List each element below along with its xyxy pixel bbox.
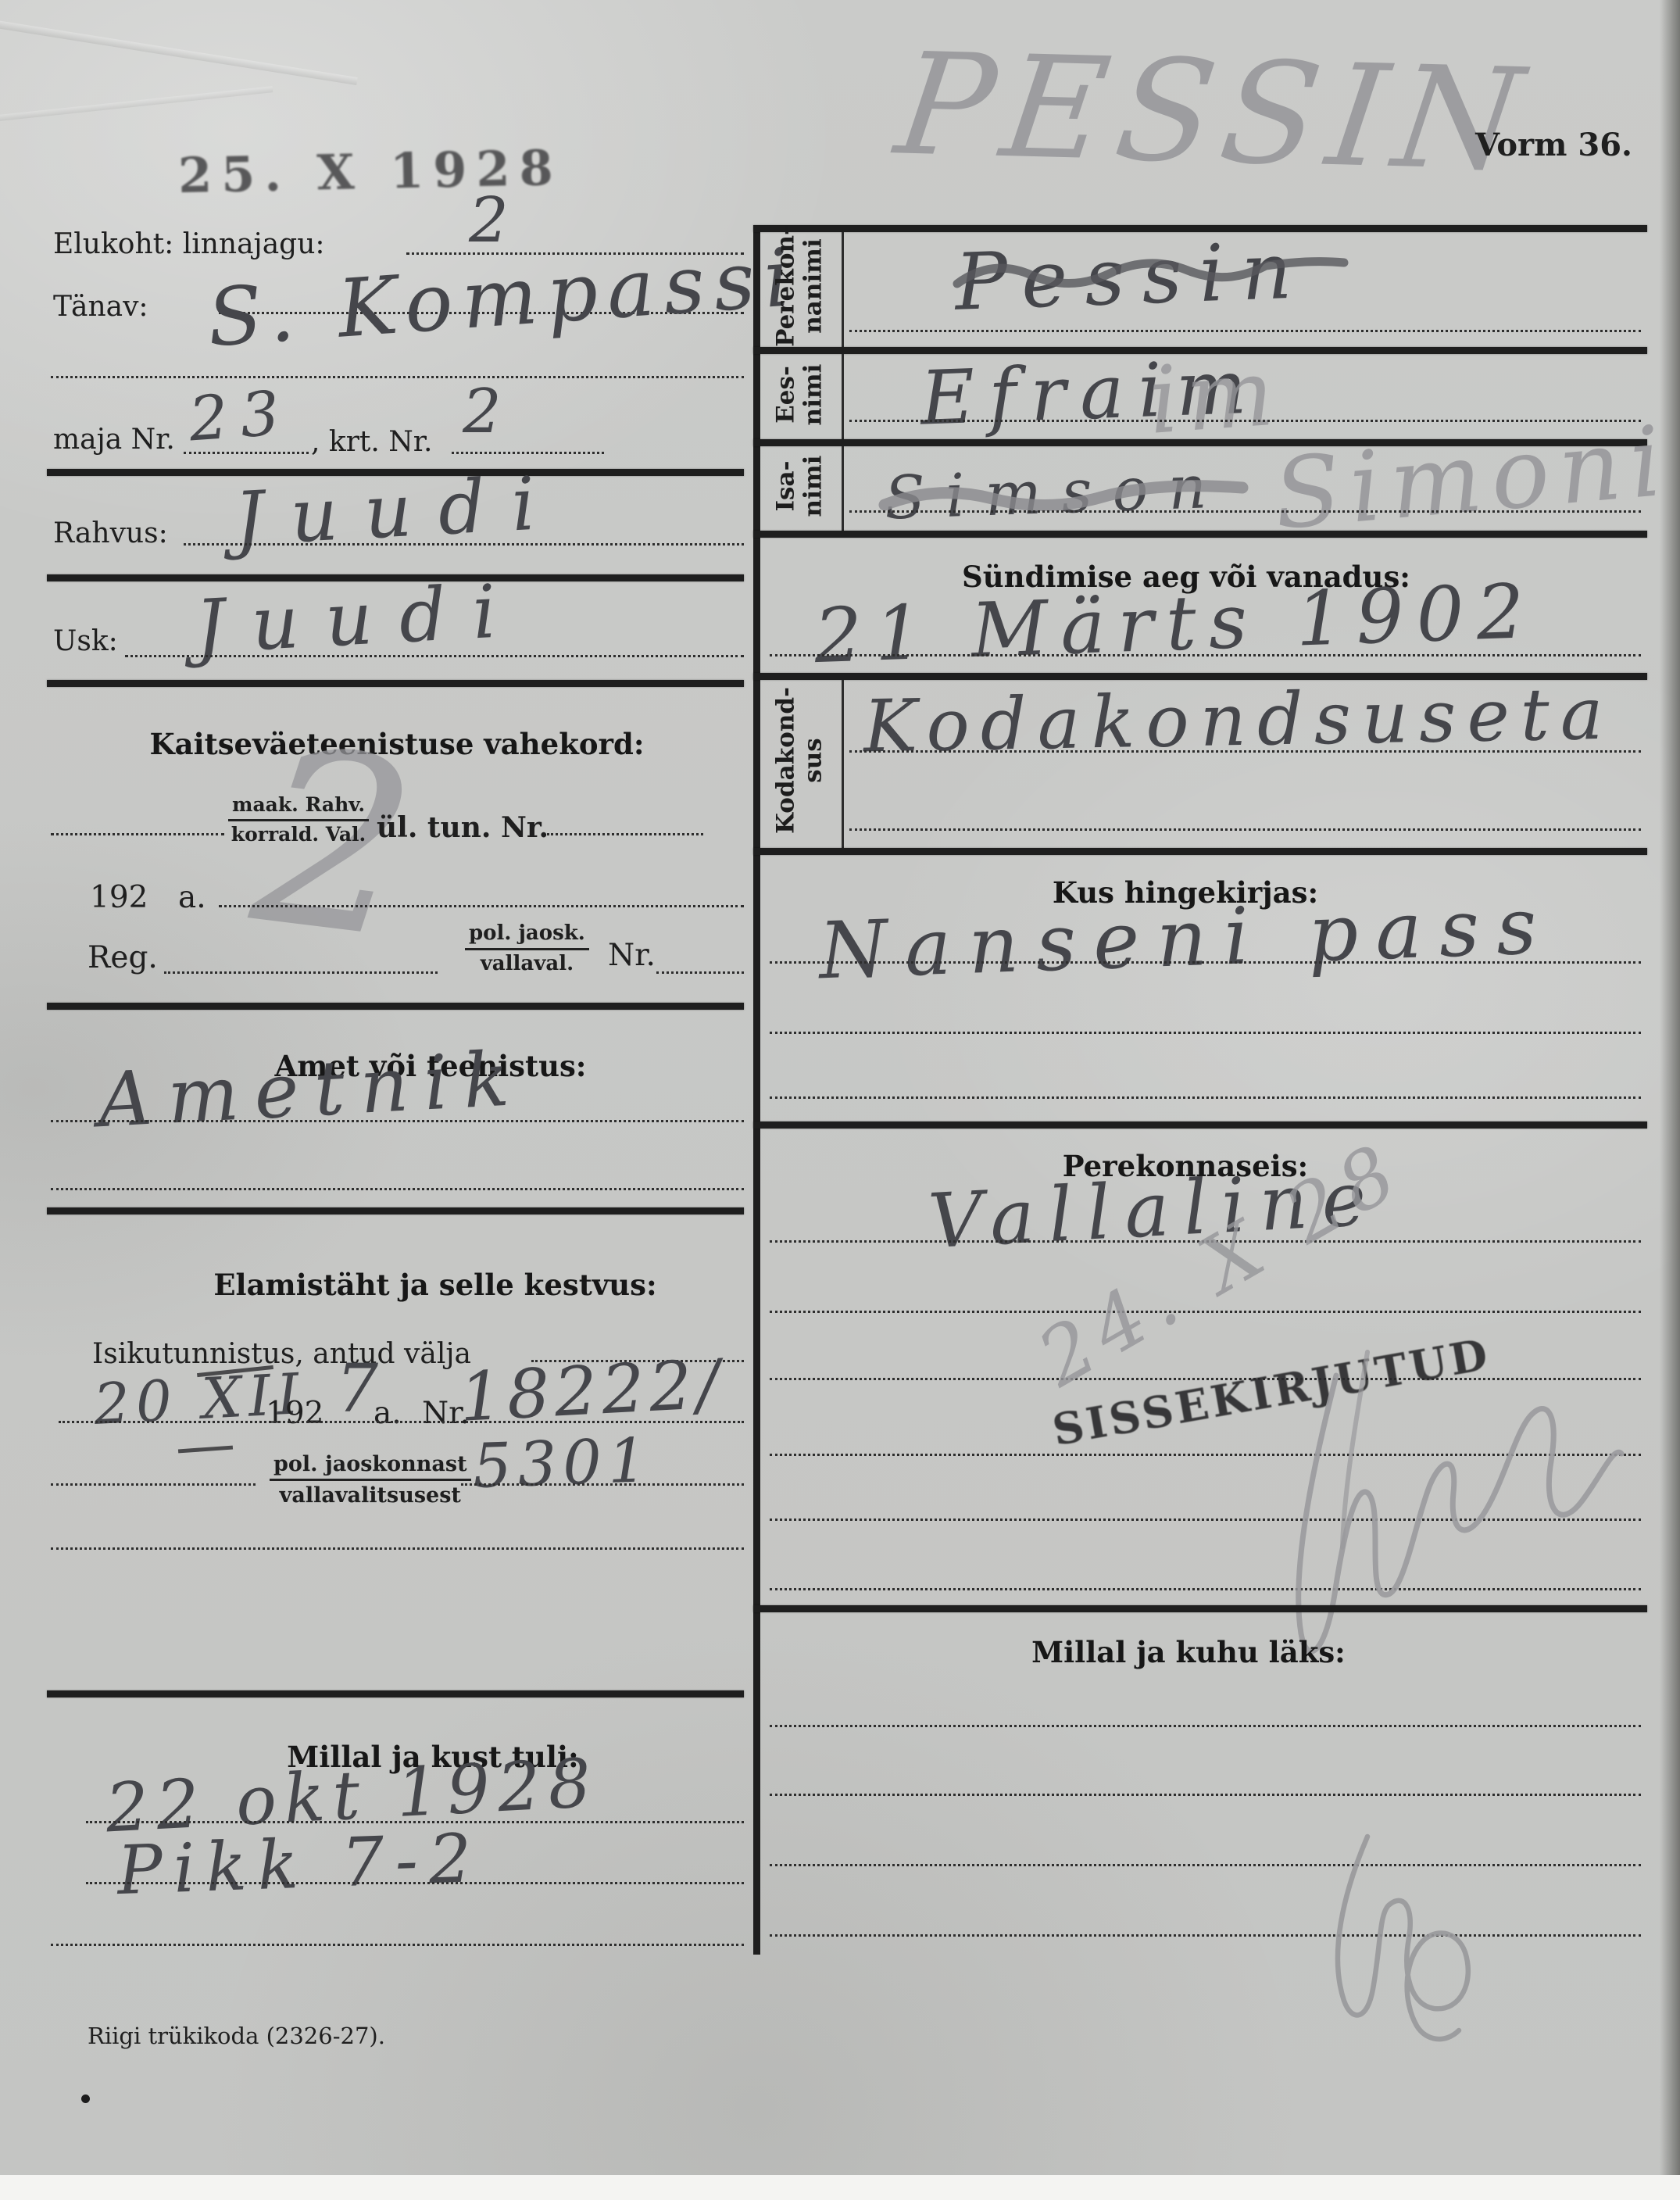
nationality-value: Juudi [232, 460, 563, 563]
dotted-line [452, 452, 604, 454]
underline-mark [178, 1446, 233, 1454]
reg-label: Reg. [88, 940, 158, 975]
identity-card-year-printed: 192 [266, 1396, 323, 1431]
strikethrough-mark [949, 249, 1356, 311]
street-label: Tänav: [53, 291, 148, 323]
dotted-line [770, 654, 1641, 656]
birth-date-value: 21 Märts 1902 [813, 567, 1538, 680]
inner-vertical-line [842, 232, 844, 347]
dotted-line [219, 905, 744, 907]
year-192-label: 192 [90, 880, 148, 915]
year-a-label: a. [178, 880, 206, 915]
dotted-line [59, 1421, 744, 1423]
first-name-vertical-label: Ees- nimi [772, 364, 826, 426]
dotted-line [770, 1096, 1641, 1099]
inner-vertical-line [842, 354, 844, 439]
dotted-line [849, 750, 1641, 753]
column-divider [753, 225, 760, 1955]
dotted-line [51, 1547, 744, 1550]
divider [47, 1003, 744, 1010]
father-name-pencil-overlay: Simoni [1270, 405, 1675, 552]
dotted-line [770, 1864, 1641, 1866]
dotted-line [656, 971, 744, 974]
strikethrough-mark [875, 467, 1258, 522]
inner-vertical-line [842, 446, 844, 531]
divider [47, 1690, 744, 1697]
authority-fraction: maak. Rahv. korrald. Val. [228, 794, 369, 846]
apartment-number-value: 2 [463, 377, 502, 447]
dotted-line [51, 833, 224, 835]
scan-edge-shadow [1660, 0, 1680, 2175]
house-number-value: 23 [187, 378, 294, 456]
first-name-pencil-overlay: im [1145, 338, 1285, 454]
form-number: Vorm 36. [1475, 127, 1632, 163]
divider [753, 1605, 1647, 1612]
dotted-line [51, 1120, 744, 1122]
residence-permit-heading: Elamistäht ja selle kestvus: [213, 1268, 656, 1302]
dotted-line [849, 330, 1641, 332]
issuer-fraction: pol. jaoskonnast vallavalitsusest [270, 1452, 471, 1508]
dotted-line [849, 828, 1641, 831]
ink-dot [81, 2094, 90, 2103]
citizenship-vertical-label: Kodakond- sus [772, 687, 826, 834]
dotted-line [547, 833, 703, 835]
religion-label: Usk: [53, 625, 118, 657]
dotted-line [770, 1032, 1641, 1034]
dotted-line [770, 1934, 1641, 1937]
house-number-label: maja Nr. [53, 424, 175, 456]
identity-card-a-nr-label: a. Nr. [374, 1396, 470, 1431]
identity-card-year-hw: 7 [336, 1350, 378, 1428]
dotted-line [51, 1188, 744, 1190]
dotted-line [125, 655, 744, 657]
certificate-number-label: ül. tun. Nr. [377, 811, 549, 844]
nationality-label: Rahvus: [53, 517, 168, 549]
pencil-surname-header: PESSIN [888, 23, 1541, 203]
family-name-vertical-label: Perekon- nanimi [772, 225, 826, 347]
inner-vertical-line [842, 680, 844, 848]
residence-district-value: 2 [469, 184, 509, 256]
official-signature [1133, 1329, 1680, 1672]
document-page: 25. X 1928 PESSIN Vorm 36. Elukoht: linn… [0, 0, 1680, 2175]
reg-nr-label: Nr. [608, 938, 656, 973]
divider [47, 680, 744, 687]
divider [753, 531, 1647, 538]
dotted-line [184, 452, 309, 454]
dotted-line [770, 961, 1641, 964]
dotted-line [51, 376, 744, 378]
dotted-line [51, 1944, 744, 1946]
dotted-line [770, 1725, 1641, 1727]
paper-crease [0, 86, 273, 123]
police-fraction: pol. jaosk. vallaval. [465, 922, 589, 976]
divider [753, 1121, 1647, 1129]
dotted-line [164, 971, 438, 974]
parish-register-value: Nanseni pass [817, 880, 1555, 997]
printer-imprint: Riigi trükikoda (2326-27). [88, 2023, 385, 2049]
dotted-line [86, 1882, 744, 1884]
departure-heading: Millal ja kuhu läks: [1031, 1635, 1346, 1669]
dotted-line [51, 1483, 256, 1486]
divider [47, 1207, 744, 1214]
dotted-line [184, 543, 744, 546]
occupation-value: Ametnik [95, 1035, 527, 1144]
father-name-vertical-label: Isa- nimi [772, 456, 826, 517]
divider [753, 848, 1647, 855]
dotted-line [770, 1794, 1641, 1796]
identity-card-number: 18222/ [458, 1345, 726, 1437]
dotted-line [461, 1483, 744, 1486]
apartment-number-label: , krt. Nr. [311, 426, 432, 458]
citizenship-value: Kodakondsuseta [863, 672, 1614, 769]
pencil-doodle [1285, 1821, 1504, 2055]
identity-card-number-2: 5301 [471, 1426, 654, 1502]
residence-label: Elukoht: linnajagu: [53, 228, 325, 260]
paper-crease [0, 16, 358, 85]
dotted-line [849, 510, 1641, 513]
arrival-address-value: Pikk 7-2 [116, 1819, 484, 1910]
